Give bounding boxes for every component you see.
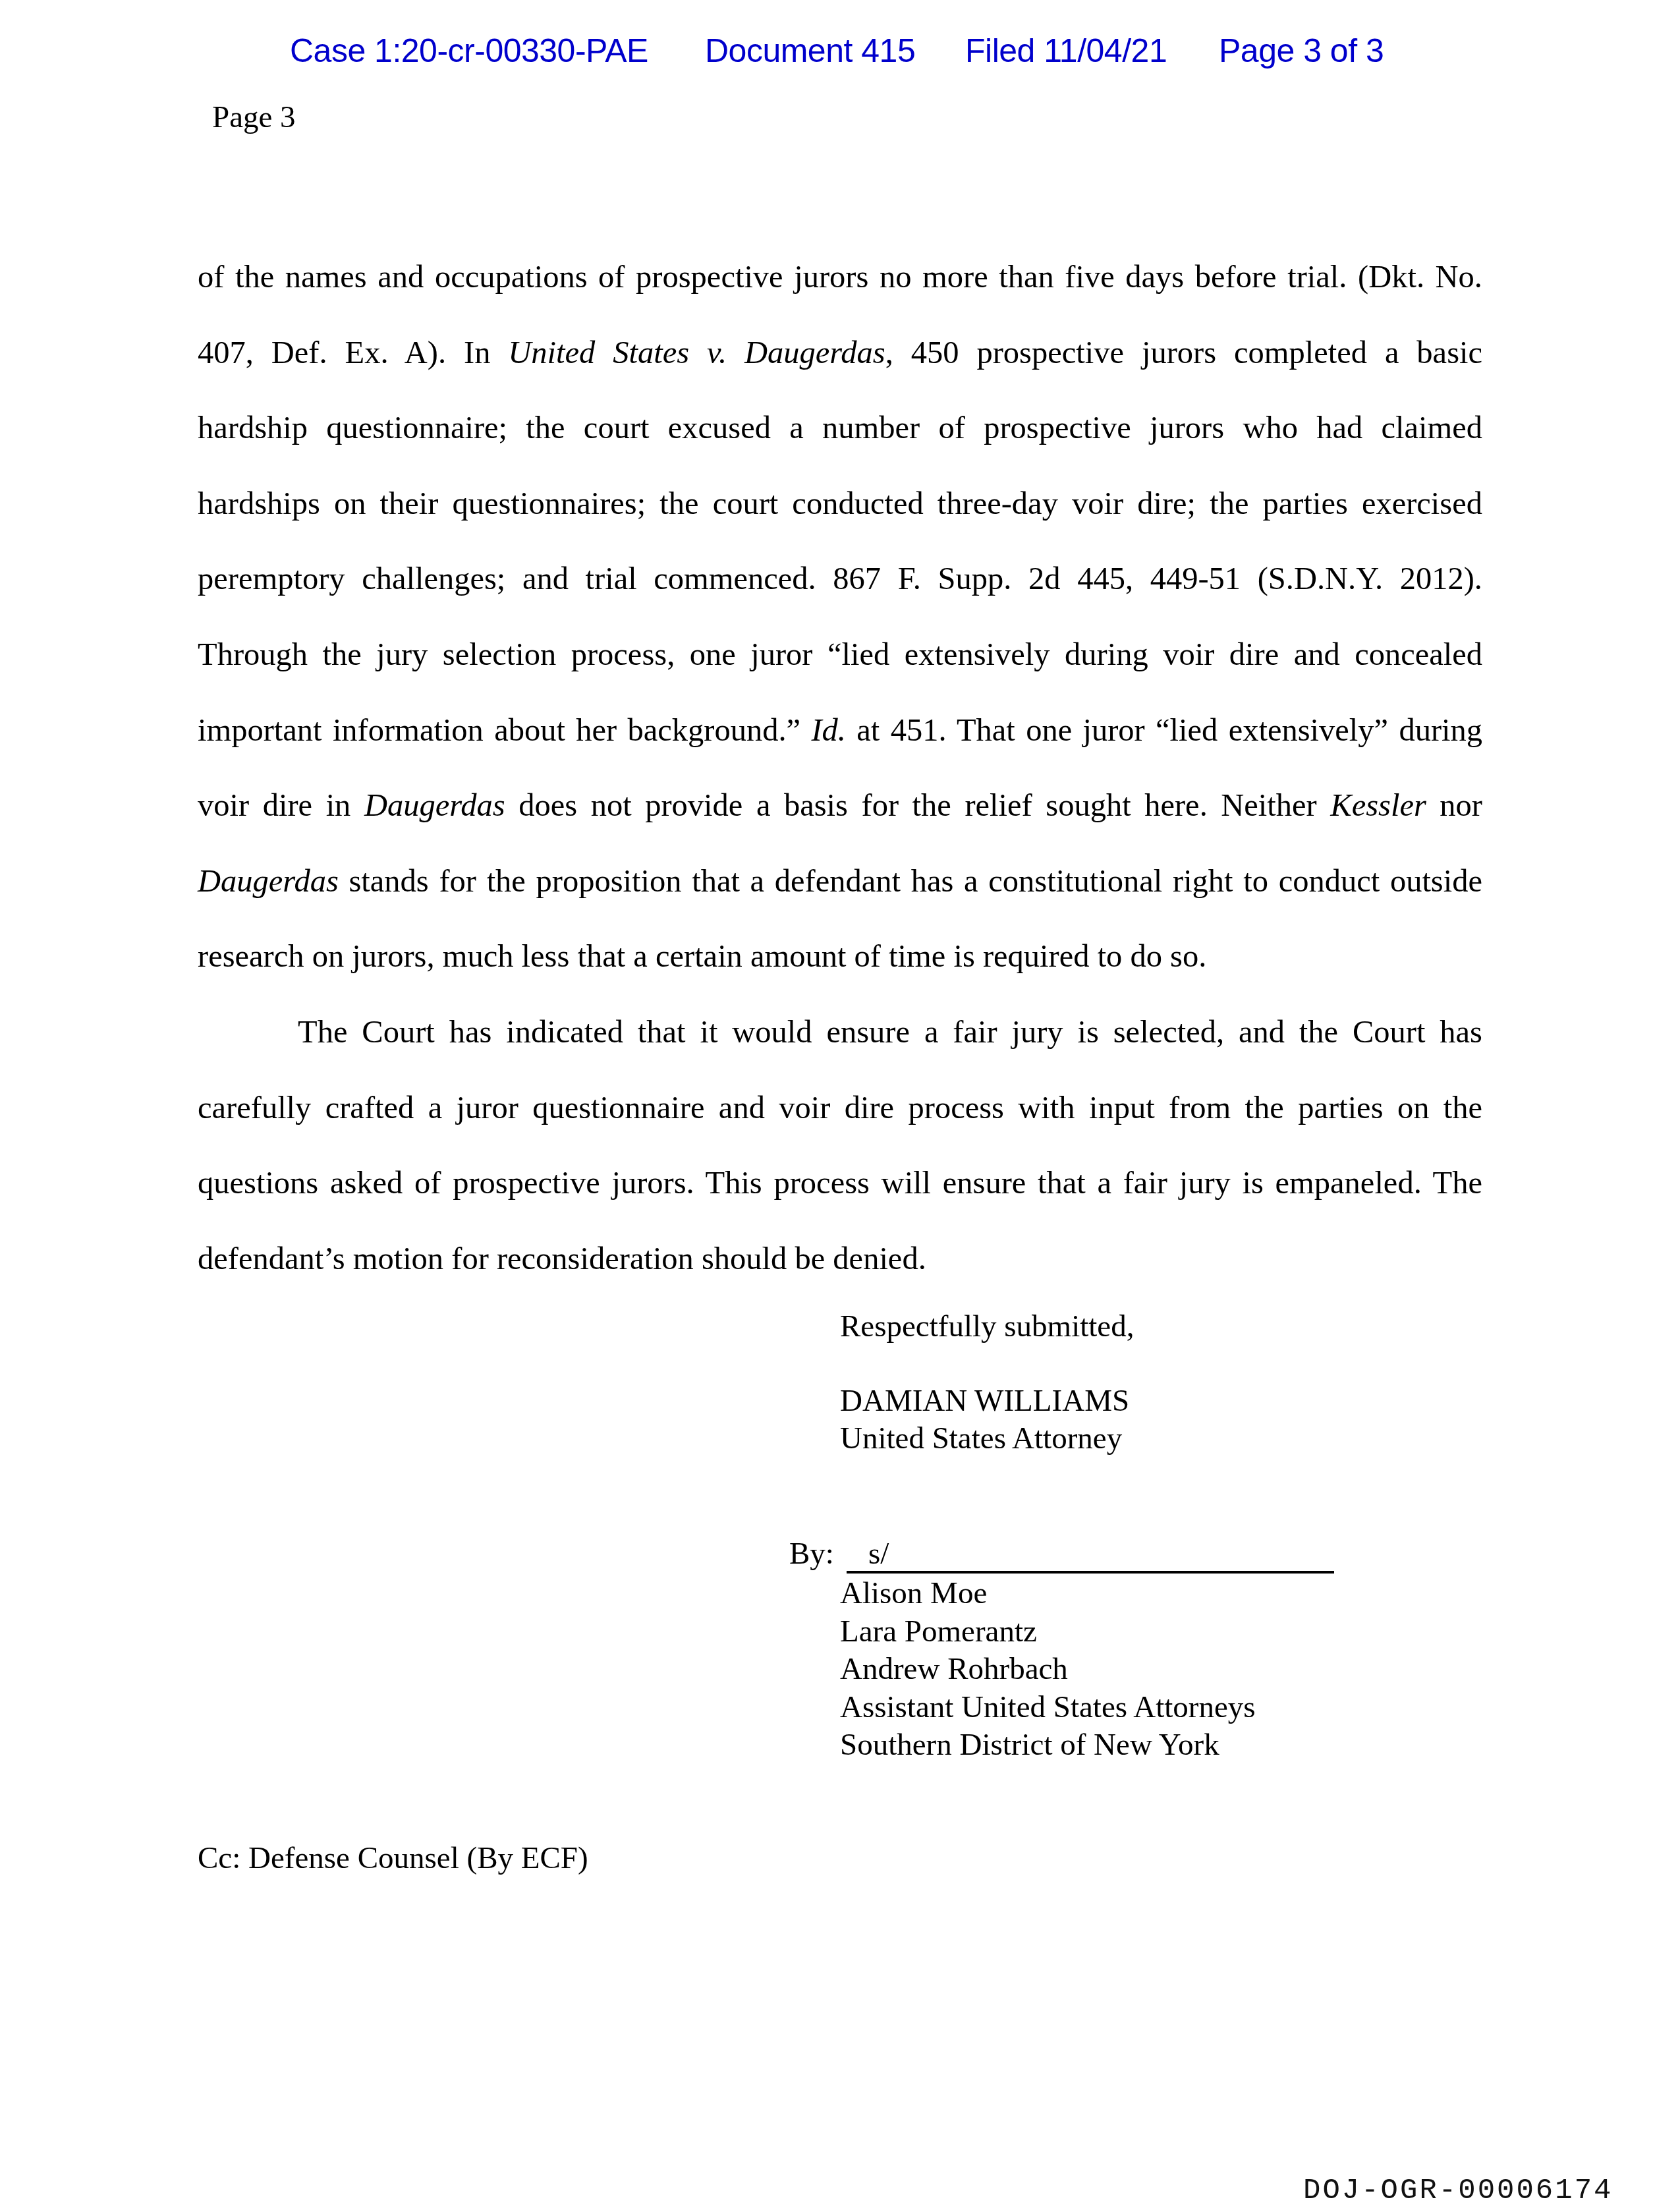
ecf-header: Case 1:20-cr-00330-PAE Document 415 File… [290, 28, 1397, 74]
cc-line: Cc: Defense Counsel (By ECF) [198, 1840, 588, 1877]
signature-mark: s/ [868, 1535, 889, 1573]
body-line: important information about her backgrou… [198, 693, 1482, 769]
body-line: hardship questionnaire; the court excuse… [198, 391, 1482, 467]
text-run: hardship questionnaire; the court excuse… [198, 411, 1482, 445]
text-run: peremptory challenges; and trial commenc… [198, 561, 1482, 596]
text-run: Through the jury selection process, one … [198, 637, 1482, 672]
text-run: at 451. That one juror “lied extensively… [846, 713, 1482, 748]
body-line: hardships on their questionnaires; the c… [198, 467, 1482, 542]
text-run: carefully crafted a juror questionnaire … [198, 1091, 1482, 1125]
bates-number: DOJ-OGR-00006174 [1303, 2174, 1613, 2207]
document-page: Case 1:20-cr-00330-PAE Document 415 File… [0, 0, 1680, 2212]
signer-name: Andrew Rohrbach [840, 1651, 1256, 1689]
page-label: Page 3 [212, 98, 296, 137]
signature-line [847, 1571, 1334, 1574]
case-name-italic: Kessler [1330, 788, 1426, 823]
body-line: carefully crafted a juror questionnaire … [198, 1071, 1482, 1147]
case-name-italic: Daugerdas [198, 864, 339, 899]
text-run: stands for the proposition that a defend… [339, 864, 1482, 899]
text-run: The Court has indicated that it would en… [298, 1015, 1482, 1050]
attorney-name: DAMIAN WILLIAMS [840, 1382, 1129, 1420]
text-run: research on jurors, much less that a cer… [198, 939, 1206, 974]
text-run: hardships on their questionnaires; the c… [198, 486, 1482, 521]
body-line: The Court has indicated that it would en… [198, 995, 1482, 1071]
signers-title: Assistant United States Attorneys [840, 1689, 1256, 1727]
by-label: By: [789, 1535, 834, 1573]
body-text: of the names and occupations of prospect… [198, 240, 1482, 1297]
body-line: Daugerdas stands for the proposition tha… [198, 844, 1482, 920]
text-run: voir dire in [198, 788, 364, 823]
case-name-italic: Daugerdas [364, 788, 505, 823]
attorney-title: United States Attorney [840, 1420, 1122, 1458]
body-line: defendant’s motion for reconsideration s… [198, 1222, 1482, 1297]
body-line: questions asked of prospective jurors. T… [198, 1146, 1482, 1222]
signers-block: Alison Moe Lara Pomerantz Andrew Rohrbac… [840, 1575, 1256, 1765]
office-name: Southern District of New York [840, 1726, 1256, 1765]
text-run: does not provide a basis for the relief … [505, 788, 1331, 823]
body-line: voir dire in Daugerdas does not provide … [198, 768, 1482, 844]
body-line: 407, Def. Ex. A). In United States v. Da… [198, 316, 1482, 391]
text-run: questions asked of prospective jurors. T… [198, 1166, 1482, 1201]
page-count: Page 3 of 3 [1219, 28, 1384, 74]
body-line: Through the jury selection process, one … [198, 617, 1482, 693]
case-name-italic: United States v. Daugerdas [508, 335, 885, 370]
document-number: Document 415 [705, 28, 915, 74]
body-line: of the names and occupations of prospect… [198, 240, 1482, 316]
text-run: 407, Def. Ex. A). In [198, 335, 508, 370]
body-line: research on jurors, much less that a cer… [198, 919, 1482, 995]
filed-date: Filed 11/04/21 [965, 28, 1167, 74]
text-run: nor [1426, 788, 1482, 823]
closing: Respectfully submitted, [840, 1308, 1134, 1346]
signer-name: Alison Moe [840, 1575, 1256, 1613]
body-line: peremptory challenges; and trial commenc… [198, 542, 1482, 617]
case-name-italic: Id. [811, 713, 846, 748]
case-number: Case 1:20-cr-00330-PAE [290, 28, 648, 74]
signer-name: Lara Pomerantz [840, 1613, 1256, 1651]
text-run: important information about her backgrou… [198, 713, 811, 748]
text-run: of the names and occupations of prospect… [198, 260, 1482, 295]
text-run: , 450 prospective jurors completed a bas… [885, 335, 1482, 370]
text-run: defendant’s motion for reconsideration s… [198, 1241, 926, 1276]
